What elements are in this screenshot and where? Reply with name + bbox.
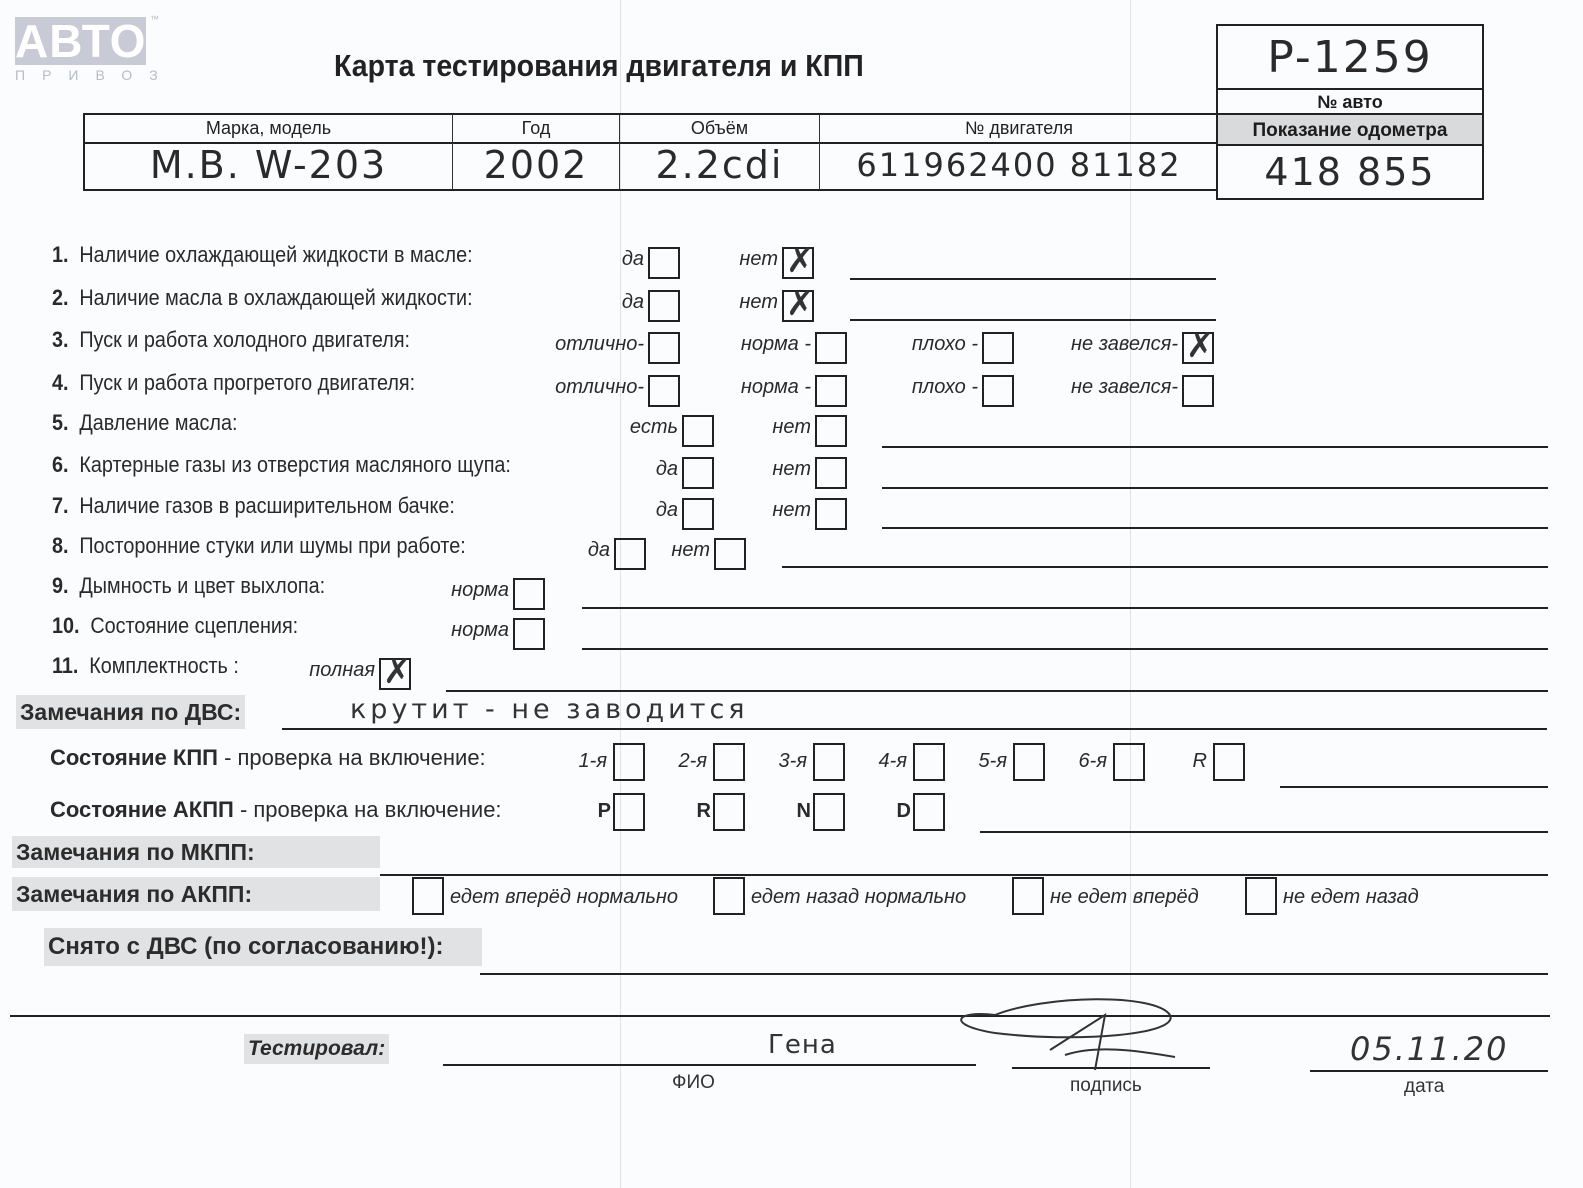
col-header-model: Марка, модель: [85, 115, 453, 142]
dvs-remarks-line: [282, 728, 1547, 730]
checkbox[interactable]: [379, 658, 411, 690]
option-label: да: [622, 248, 644, 271]
date-value[interactable]: 05.11.20: [1350, 1030, 1509, 1068]
option-label: нет: [772, 458, 811, 481]
akpp-position-checkbox[interactable]: [913, 793, 945, 831]
logo-tm: ™: [150, 14, 159, 24]
check-item: 9.Дымность и цвет выхлопа:: [52, 573, 325, 599]
option-label: плохо -: [912, 376, 978, 399]
signature-scribble: [955, 995, 1215, 1075]
checkbox[interactable]: [648, 332, 680, 364]
notes-line[interactable]: [582, 648, 1548, 650]
kpp-label: Состояние КПП - проверка на включение:: [50, 745, 486, 771]
col-header-year: Год: [453, 115, 620, 142]
gear-checkbox[interactable]: [813, 743, 845, 781]
page-title: Карта тестирования двигателя и КПП: [334, 48, 864, 84]
mkpp-remarks-line[interactable]: [380, 874, 1548, 876]
checkbox[interactable]: [982, 332, 1014, 364]
gear-checkbox[interactable]: [1213, 743, 1245, 781]
checkbox[interactable]: [682, 415, 714, 447]
year-value[interactable]: 2002: [453, 142, 620, 189]
notes-line[interactable]: [582, 607, 1548, 609]
gear-checkbox[interactable]: [913, 743, 945, 781]
gear-label: R: [1193, 750, 1207, 773]
checkbox[interactable]: [982, 375, 1014, 407]
notes-line[interactable]: [446, 690, 1548, 692]
notes-line[interactable]: [882, 446, 1548, 448]
option-label: нет: [739, 248, 778, 271]
option-label: нет: [739, 291, 778, 314]
akpp-position-checkbox[interactable]: [613, 793, 645, 831]
checkbox[interactable]: [782, 247, 814, 279]
option-label: полная: [309, 659, 375, 682]
vehicle-info-table: Марка, модель Год Объём № двигателя M.B.…: [83, 113, 1218, 191]
option-label: да: [588, 539, 610, 562]
odometer-value[interactable]: 418 855: [1218, 146, 1482, 198]
notes-line[interactable]: [850, 319, 1216, 321]
option-label: норма: [451, 619, 509, 642]
dvs-remarks-value[interactable]: крутит - не заводится: [350, 694, 749, 725]
option-label: да: [656, 458, 678, 481]
gear-label: 6-я: [1079, 750, 1107, 773]
check-item: 3.Пуск и работа холодного двигателя:: [52, 327, 410, 353]
checkbox[interactable]: [1182, 375, 1214, 407]
model-value[interactable]: M.B. W-203: [85, 142, 453, 189]
name-value[interactable]: Гена: [768, 1030, 837, 1060]
option-label: есть: [630, 416, 678, 439]
akpp-label: Состояние АКПП - проверка на включение:: [50, 797, 502, 823]
option-label: нет: [772, 416, 811, 439]
checkbox[interactable]: [815, 498, 847, 530]
checkbox[interactable]: [815, 457, 847, 489]
col-header-volume: Объём: [620, 115, 820, 142]
akpp-remark-label: едет назад нормально: [751, 886, 966, 909]
tested-by-label: Тестировал:: [244, 1034, 389, 1064]
checkbox[interactable]: [648, 247, 680, 279]
check-item: 8.Посторонние стуки или шумы при работе:: [52, 533, 466, 559]
gear-label: 4-я: [879, 750, 907, 773]
checkbox[interactable]: [815, 415, 847, 447]
gear-checkbox[interactable]: [1113, 743, 1145, 781]
option-label: норма -: [741, 376, 811, 399]
akpp-position-label: D: [897, 800, 911, 823]
checkbox[interactable]: [513, 618, 545, 650]
check-item: 2.Наличие масла в охлаждающей жидкости:: [52, 285, 473, 311]
checkbox[interactable]: [648, 375, 680, 407]
checkbox[interactable]: [815, 332, 847, 364]
gear-label: 5-я: [979, 750, 1007, 773]
check-item: 4.Пуск и работа прогретого двигателя:: [52, 370, 415, 396]
checkbox[interactable]: [1182, 332, 1214, 364]
option-label: отлично-: [555, 376, 644, 399]
option-label: не завелся-: [1071, 333, 1178, 356]
option-label: нет: [772, 499, 811, 522]
check-item: 10.Состояние сцепления:: [52, 613, 298, 639]
akpp-remark-checkbox[interactable]: [412, 877, 444, 915]
checkbox[interactable]: [682, 457, 714, 489]
date-line: [1310, 1070, 1548, 1072]
car-number-label: № авто: [1218, 90, 1482, 115]
check-item: 7.Наличие газов в расширительном бачке:: [52, 493, 455, 519]
gear-checkbox[interactable]: [1013, 743, 1045, 781]
check-item: 6.Картерные газы из отверстия масляного …: [52, 452, 511, 478]
checkbox[interactable]: [513, 578, 545, 610]
akpp-remarks-label: Замечания по АКПП:: [12, 877, 380, 911]
col-header-engine-number: № двигателя: [820, 115, 1218, 142]
option-label: норма -: [741, 333, 811, 356]
notes-line[interactable]: [882, 527, 1548, 529]
akpp-remark-label: не едет назад: [1283, 886, 1419, 909]
option-label: норма: [451, 579, 509, 602]
removed-label: Снято с ДВС (по согласованию!):: [44, 928, 482, 966]
option-label: нет: [671, 539, 710, 562]
checkbox[interactable]: [782, 290, 814, 322]
date-caption: дата: [1404, 1076, 1444, 1098]
name-caption: ФИО: [672, 1072, 715, 1094]
volume-value[interactable]: 2.2cdi: [620, 142, 820, 189]
dvs-remarks-label: Замечания по ДВС:: [16, 695, 245, 729]
akpp-position-label: R: [697, 800, 711, 823]
check-item: 5.Давление масла:: [52, 410, 237, 436]
checkbox[interactable]: [815, 375, 847, 407]
odometer-label: Показание одометра: [1218, 115, 1482, 146]
akpp-position-checkbox[interactable]: [813, 793, 845, 831]
check-item: 1.Наличие охлаждающей жидкости в масле:: [52, 242, 473, 268]
car-number-value[interactable]: P-1259: [1218, 26, 1482, 90]
option-label: не завелся-: [1071, 376, 1178, 399]
notes-line[interactable]: [782, 566, 1548, 568]
gear-checkbox[interactable]: [713, 743, 745, 781]
option-label: отлично-: [555, 333, 644, 356]
notes-line[interactable]: [882, 487, 1548, 489]
akpp-remark-label: не едет вперёд: [1050, 886, 1199, 909]
notes-line[interactable]: [850, 278, 1216, 280]
gear-checkbox[interactable]: [613, 743, 645, 781]
checkbox[interactable]: [714, 538, 746, 570]
gear-label: 1-я: [579, 750, 607, 773]
footer-divider: [10, 1015, 1550, 1017]
checkbox[interactable]: [648, 290, 680, 322]
akpp-remark-checkbox[interactable]: [713, 877, 745, 915]
checkbox[interactable]: [614, 538, 646, 570]
option-label: да: [656, 499, 678, 522]
car-info-box: P-1259 № авто Показание одометра 418 855: [1216, 24, 1484, 200]
option-label: да: [622, 291, 644, 314]
logo: АВТО: [15, 17, 146, 65]
akpp-remark-label: едет вперёд нормально: [450, 886, 678, 909]
checkbox[interactable]: [682, 498, 714, 530]
logo-subtitle: ПРИВОЗ: [15, 67, 146, 83]
gear-label: 3-я: [779, 750, 807, 773]
akpp-position-label: N: [797, 800, 811, 823]
mkpp-remarks-label: Замечания по МКПП:: [12, 836, 380, 868]
removed-line[interactable]: [480, 973, 1548, 975]
engine-number-value[interactable]: 611962400 81182: [820, 142, 1218, 189]
check-item: 11.Комплектность :: [52, 653, 239, 679]
akpp-line: [980, 831, 1548, 833]
akpp-remark-checkbox[interactable]: [1245, 877, 1277, 915]
gear-label: 2-я: [679, 750, 707, 773]
option-label: плохо -: [912, 333, 978, 356]
akpp-position-checkbox[interactable]: [713, 793, 745, 831]
signature-caption: подпись: [1070, 1075, 1142, 1097]
akpp-position-label: P: [598, 800, 611, 823]
kpp-line: [1280, 786, 1548, 788]
name-line: [443, 1064, 976, 1066]
akpp-remark-checkbox[interactable]: [1012, 877, 1044, 915]
